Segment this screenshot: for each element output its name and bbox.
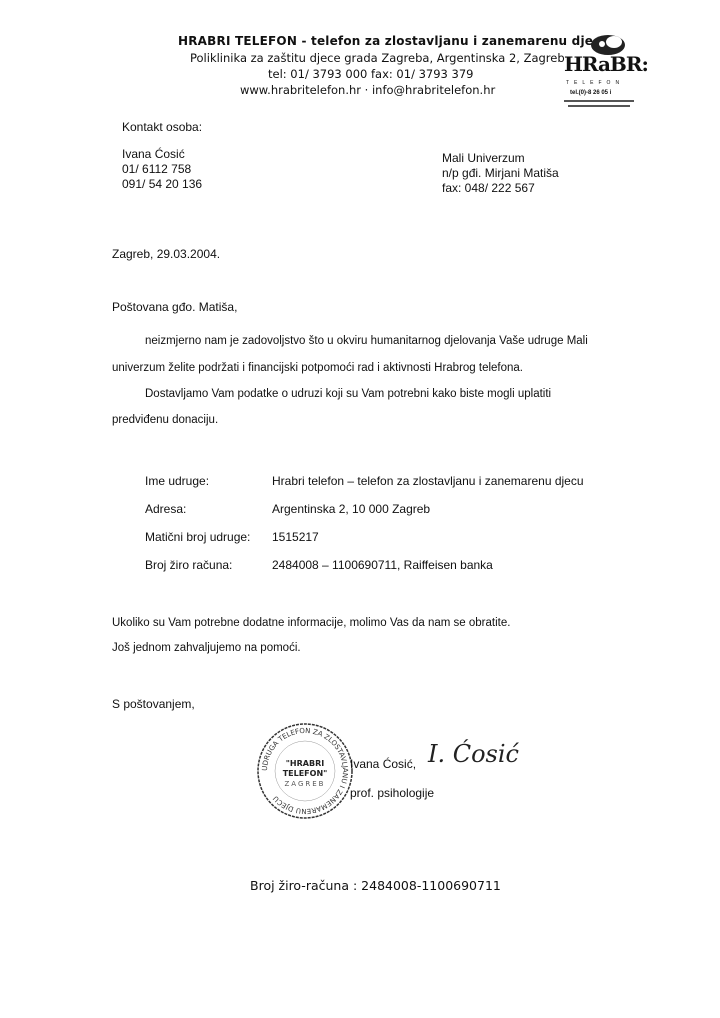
closing-line-2: Još jednom zahvaljujemo na pomoći. xyxy=(112,642,301,654)
detail-value: Argentinska 2, 10 000 Zagreb xyxy=(272,502,430,516)
detail-label: Ime udruge: xyxy=(145,474,209,488)
closing-line-1: Ukoliko su Vam potrebne dodatne informac… xyxy=(112,617,510,629)
signatory-title: prof. psihologije xyxy=(350,786,434,800)
detail-label: Adresa: xyxy=(145,502,186,516)
logo-phone: tel.(0)-8 26 05 i xyxy=(570,90,611,96)
hrabri-telefon-logo: HRaBR: TELEFON tel.(0)-8 26 05 i xyxy=(562,30,640,120)
recipient-attn: n/p gđi. Mirjani Matiša xyxy=(442,166,559,180)
letter-date: Zagreb, 29.03.2004. xyxy=(112,247,220,261)
footer-account: Broj žiro-računa : 2484008-1100690711 xyxy=(250,878,501,893)
paragraph-2-line-2: predviđenu donaciju. xyxy=(112,414,218,426)
logo-subtitle: TELEFON xyxy=(566,80,624,86)
stamp-circle-icon: UDRUGA TELEFON ZA ZLOSTAVLJANU I ZANEMAR… xyxy=(256,722,354,820)
svg-text:"HRABRI: "HRABRI xyxy=(286,759,324,768)
svg-text:TELEFON": TELEFON" xyxy=(283,769,328,778)
paragraph-1-line-2: univerzum želite podržati i financijski … xyxy=(112,362,523,374)
detail-value: Hrabri telefon – telefon za zlostavljanu… xyxy=(272,474,584,488)
letterhead-web: www.hrabritelefon.hr · info@hrabritelefo… xyxy=(240,83,495,97)
detail-label: Broj žiro računa: xyxy=(145,558,232,572)
handwritten-signature: I. Ćosić xyxy=(428,740,519,768)
detail-value: 1515217 xyxy=(272,530,319,544)
paragraph-1-line-1: neizmjerno nam je zadovoljstvo što u okv… xyxy=(145,335,588,347)
logo-word: HRaBR: xyxy=(564,52,648,76)
recipient-org: Mali Univerzum xyxy=(442,151,525,165)
salutation: Poštovana gđo. Matiša, xyxy=(112,300,237,314)
official-stamp: UDRUGA TELEFON ZA ZLOSTAVLJANU I ZANEMAR… xyxy=(256,722,354,820)
letterhead-address: Poliklinika za zaštitu djece grada Zagre… xyxy=(190,51,565,65)
paragraph-2-line-1: Dostavljamo Vam podatke o udruzi koji su… xyxy=(145,388,551,400)
letterhead-title: HRABRI TELEFON - telefon za zlostavljanu… xyxy=(178,34,609,48)
letterhead-phones: tel: 01/ 3793 000 fax: 01/ 3793 379 xyxy=(268,67,473,81)
contact-phone1: 01/ 6112 758 xyxy=(122,162,191,176)
detail-label: Matični broj udruge: xyxy=(145,530,250,544)
contact-label: Kontakt osoba: xyxy=(122,120,202,134)
recipient-fax: fax: 048/ 222 567 xyxy=(442,181,535,195)
signatory-name: Ivana Ćosić, xyxy=(350,757,416,771)
logo-fine-print xyxy=(564,100,634,102)
logo-fine-print xyxy=(568,105,630,107)
contact-name: Ivana Ćosić xyxy=(122,147,185,161)
detail-value: 2484008 – 1100690711, Raiffeisen banka xyxy=(272,558,493,572)
svg-text:ZAGREB: ZAGREB xyxy=(285,780,326,788)
contact-phone2: 091/ 54 20 136 xyxy=(122,177,202,191)
regards: S poštovanjem, xyxy=(112,697,195,711)
